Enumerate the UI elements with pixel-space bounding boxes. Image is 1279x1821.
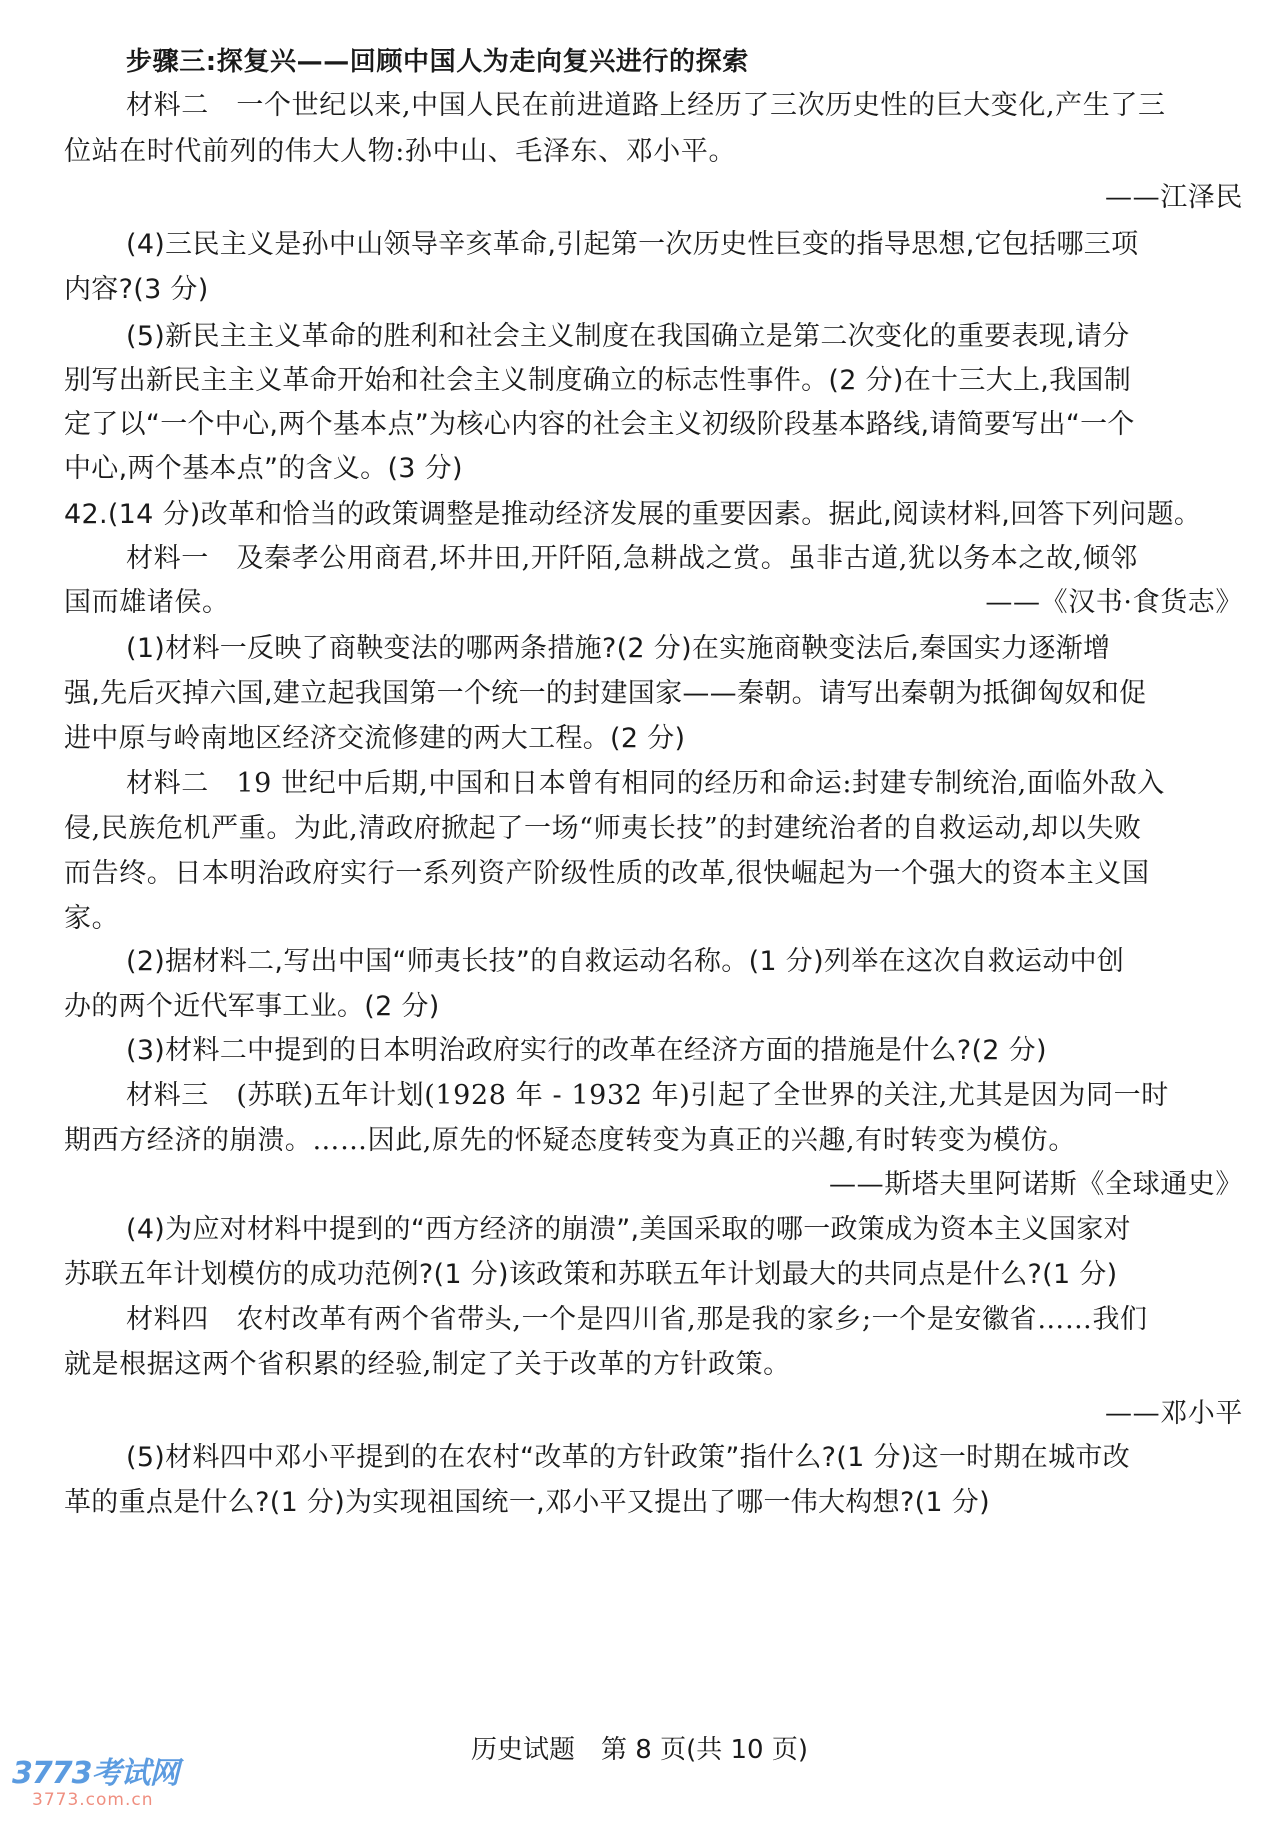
material-text-line: 侵,民族危机严重。为此,清政府掀起了一场“师夷长技”的封建统治者的自救运动,却以…: [64, 811, 1244, 847]
material-source: ——邓小平: [1105, 1396, 1243, 1432]
material-text-line: 位站在时代前列的伟大人物:孙中山、毛泽东、邓小平。: [64, 134, 1244, 170]
material-text-line: 材料二 一个世纪以来,中国人民在前进道路上经历了三次历史性的巨大变化,产生了三: [126, 88, 1279, 124]
material-text-line: 期西方经济的崩溃。……因此,原先的怀疑态度转变为真正的兴趣,有时转变为模仿。: [64, 1123, 1244, 1159]
material-source: ——江泽民: [1105, 180, 1243, 216]
question-text-line: 办的两个近代军事工业。(2 分): [64, 989, 1244, 1025]
question-text-line: (4)为应对材料中提到的“西方经济的崩溃”,美国采取的哪一政策成为资本主义国家对: [126, 1212, 1279, 1248]
question-text-line: 中心,两个基本点”的含义。(3 分): [64, 451, 1244, 487]
material-text-line: 材料一 及秦孝公用商君,坏井田,开阡陌,急耕战之赏。虽非古道,犹以务本之故,倾邻: [126, 541, 1279, 577]
question-text-line: (5)新民主主义革命的胜利和社会主义制度在我国确立是第二次变化的重要表现,请分: [126, 319, 1279, 355]
question-text-line: 进中原与岭南地区经济交流修建的两大工程。(2 分): [64, 721, 1244, 757]
material-text-line: 材料二 19 世纪中后期,中国和日本曾有相同的经历和命运:封建专制统治,面临外敌…: [126, 766, 1279, 802]
exam-page: 步骤三:探复兴——回顾中国人为走向复兴进行的探索 材料二 一个世纪以来,中国人民…: [0, 0, 1279, 1821]
material-text-line: 就是根据这两个省积累的经验,制定了关于改革的方针政策。: [64, 1347, 1244, 1383]
question-text-line: (2)据材料二,写出中国“师夷长技”的自救运动名称。(1 分)列举在这次自救运动…: [126, 944, 1279, 980]
watermark-url: 3773.com.cn: [32, 1790, 212, 1810]
question-text-line: (3)材料二中提到的日本明治政府实行的改革在经济方面的措施是什么?(2 分): [126, 1033, 1279, 1069]
question-text-line: (4)三民主义是孙中山领导辛亥革命,引起第一次历史性巨变的指导思想,它包括哪三项: [126, 227, 1279, 263]
question-text-line: 别写出新民主主义革命开始和社会主义制度确立的标志性事件。(2 分)在十三大上,我…: [64, 363, 1244, 399]
question-text-line: 苏联五年计划模仿的成功范例?(1 分)该政策和苏联五年计划最大的共同点是什么?(…: [64, 1257, 1244, 1293]
section-heading: 步骤三:探复兴——回顾中国人为走向复兴进行的探索: [126, 44, 1279, 80]
question-42-intro: 42.(14 分)改革和恰当的政策调整是推动经济发展的重要因素。据此,阅读材料,…: [64, 497, 1244, 533]
question-text-line: 革的重点是什么?(1 分)为实现祖国统一,邓小平又提出了哪一伟大构想?(1 分): [64, 1485, 1244, 1521]
material-source: ——《汉书·食货志》: [985, 585, 1243, 621]
material-text-line: 材料四 农村改革有两个省带头,一个是四川省,那是我的家乡;一个是安徽省……我们: [126, 1302, 1279, 1338]
material-text-line: 家。: [64, 901, 1244, 937]
material-text-line: 而告终。日本明治政府实行一系列资产阶级性质的改革,很快崛起为一个强大的资本主义国: [64, 856, 1244, 892]
site-watermark: 3773考试网 3773.com.cn: [12, 1758, 212, 1810]
material-text-line: 材料三 (苏联)五年计划(1928 年 - 1932 年)引起了全世界的关注,尤…: [126, 1078, 1279, 1114]
material-source: ——斯塔夫里阿诺斯《全球通史》: [829, 1167, 1243, 1203]
question-text-line: 强,先后灭掉六国,建立起我国第一个统一的封建国家——秦朝。请写出秦朝为抵御匈奴和…: [64, 676, 1244, 712]
question-text-line: 定了以“一个中心,两个基本点”为核心内容的社会主义初级阶段基本路线,请简要写出“…: [64, 407, 1244, 443]
question-text-line: (1)材料一反映了商鞅变法的哪两条措施?(2 分)在实施商鞅变法后,秦国实力逐渐…: [126, 631, 1279, 667]
question-text-line: 内容?(3 分): [64, 272, 1244, 308]
question-text-line: (5)材料四中邓小平提到的在农村“改革的方针政策”指什么?(1 分)这一时期在城…: [126, 1440, 1279, 1476]
watermark-brand: 3773考试网: [12, 1758, 212, 1790]
